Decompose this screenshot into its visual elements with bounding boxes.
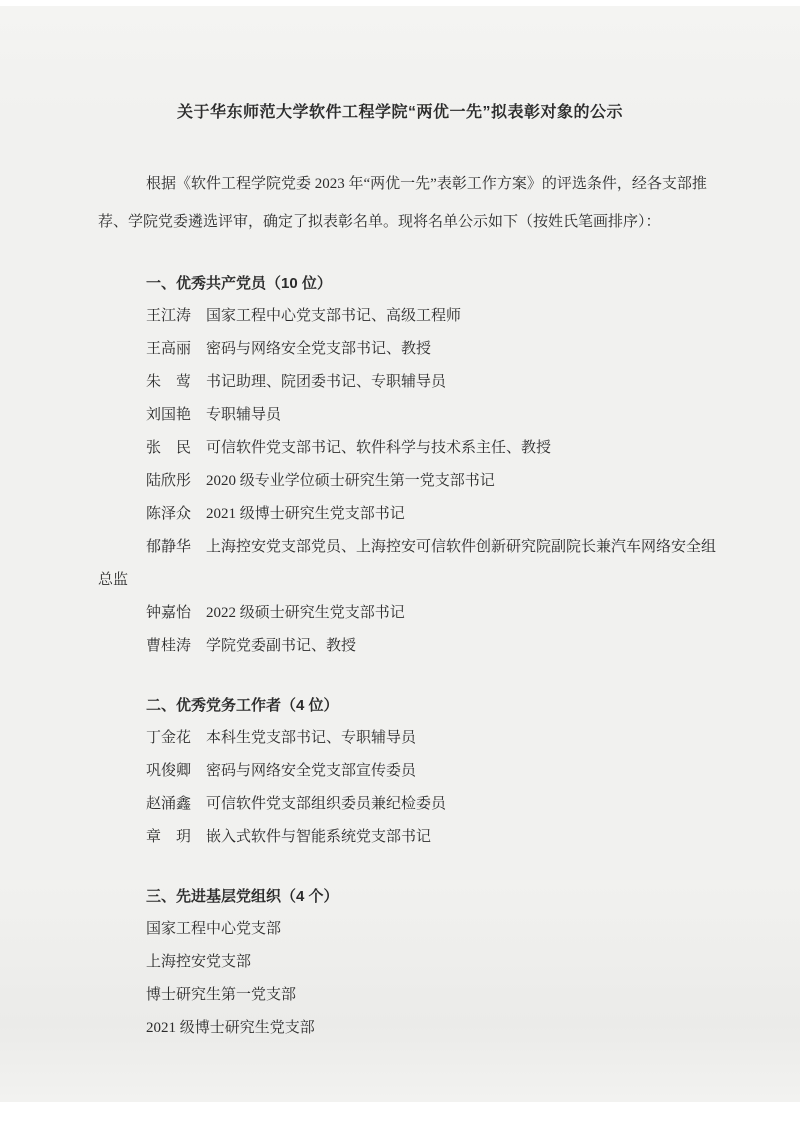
- person-name: 郁静华: [146, 531, 191, 564]
- person-name: 章 玥: [146, 821, 191, 854]
- section-heading: 二、优秀党务工作者（4 位）: [98, 689, 722, 722]
- person-role: 2020 级专业学位硕士研究生第一党支部书记: [206, 473, 495, 489]
- person-role: 可信软件党支部书记、软件科学与技术系主任、教授: [206, 440, 551, 456]
- person-role: 2022 级硕士研究生党支部书记: [206, 605, 405, 621]
- person-role: 嵌入式软件与智能系统党支部书记: [206, 829, 431, 845]
- award-entry: 张 民可信软件党支部书记、软件科学与技术系主任、教授: [98, 432, 722, 465]
- org-item: 博士研究生第一党支部: [98, 979, 722, 1012]
- person-name: 曹桂涛: [146, 630, 191, 663]
- person-name: 朱 莺: [146, 366, 191, 399]
- scanned-announcement-page: 关于华东师范大学软件工程学院“两优一先”拟表彰对象的公示 根据《软件工程学院党委…: [0, 0, 800, 1132]
- person-role: 国家工程中心党支部书记、高级工程师: [206, 308, 461, 324]
- document-body: 根据《软件工程学院党委 2023 年“两优一先”表彰工作方案》的评选条件，经各支…: [98, 165, 722, 1045]
- document-title: 关于华东师范大学软件工程学院“两优一先”拟表彰对象的公示: [0, 6, 800, 123]
- person-name: 王高丽: [146, 333, 191, 366]
- person-name: 巩俊卿: [146, 755, 191, 788]
- award-entry: 曹桂涛学院党委副书记、教授: [98, 630, 722, 663]
- person-role: 2021 级博士研究生党支部书记: [206, 506, 405, 522]
- org-item: 2021 级博士研究生党支部: [98, 1012, 722, 1045]
- person-role: 密码与网络安全党支部书记、教授: [206, 341, 431, 357]
- award-entry: 钟嘉怡2022 级硕士研究生党支部书记: [98, 597, 722, 630]
- award-entry: 陈泽众2021 级博士研究生党支部书记: [98, 498, 722, 531]
- person-name: 丁金花: [146, 722, 191, 755]
- person-name: 钟嘉怡: [146, 597, 191, 630]
- award-entry: 王江涛国家工程中心党支部书记、高级工程师: [98, 300, 722, 333]
- person-role: 密码与网络安全党支部宣传委员: [206, 763, 416, 779]
- person-name: 赵涌鑫: [146, 788, 191, 821]
- person-name: 刘国艳: [146, 399, 191, 432]
- person-role: 学院党委副书记、教授: [206, 638, 356, 654]
- person-name: 王江涛: [146, 300, 191, 333]
- award-entry: 赵涌鑫可信软件党支部组织委员兼纪检委员: [98, 788, 722, 821]
- org-item: 上海控安党支部: [98, 946, 722, 979]
- award-entry: 王高丽密码与网络安全党支部书记、教授: [98, 333, 722, 366]
- award-section: 三、先进基层党组织（4 个）国家工程中心党支部上海控安党支部博士研究生第一党支部…: [98, 880, 722, 1045]
- award-entry: 刘国艳专职辅导员: [98, 399, 722, 432]
- person-name: 陈泽众: [146, 498, 191, 531]
- award-entry: 章 玥嵌入式软件与智能系统党支部书记: [98, 821, 722, 854]
- intro-paragraph: 根据《软件工程学院党委 2023 年“两优一先”表彰工作方案》的评选条件，经各支…: [98, 165, 722, 241]
- award-entry: 巩俊卿密码与网络安全党支部宣传委员: [98, 755, 722, 788]
- award-entry: 朱 莺书记助理、院团委书记、专职辅导员: [98, 366, 722, 399]
- award-entry: 陆欣彤2020 级专业学位硕士研究生第一党支部书记: [98, 465, 722, 498]
- section-heading: 三、先进基层党组织（4 个）: [98, 880, 722, 913]
- person-role: 本科生党支部书记、专职辅导员: [206, 730, 416, 746]
- award-entry: 丁金花本科生党支部书记、专职辅导员: [98, 722, 722, 755]
- award-entry: 郁静华上海控安党支部党员、上海控安可信软件创新研究院副院长兼汽车网络安全组总监: [98, 531, 722, 597]
- org-item: 国家工程中心党支部: [98, 913, 722, 946]
- section-heading: 一、优秀共产党员（10 位）: [98, 267, 722, 300]
- person-role: 可信软件党支部组织委员兼纪检委员: [206, 796, 446, 812]
- award-section: 一、优秀共产党员（10 位）王江涛国家工程中心党支部书记、高级工程师王高丽密码与…: [98, 267, 722, 663]
- person-name: 张 民: [146, 432, 191, 465]
- person-role: 书记助理、院团委书记、专职辅导员: [206, 374, 446, 390]
- award-section: 二、优秀党务工作者（4 位）丁金花本科生党支部书记、专职辅导员巩俊卿密码与网络安…: [98, 689, 722, 854]
- document-paper: 关于华东师范大学软件工程学院“两优一先”拟表彰对象的公示 根据《软件工程学院党委…: [0, 6, 800, 1102]
- person-role: 专职辅导员: [206, 407, 281, 423]
- person-name: 陆欣彤: [146, 465, 191, 498]
